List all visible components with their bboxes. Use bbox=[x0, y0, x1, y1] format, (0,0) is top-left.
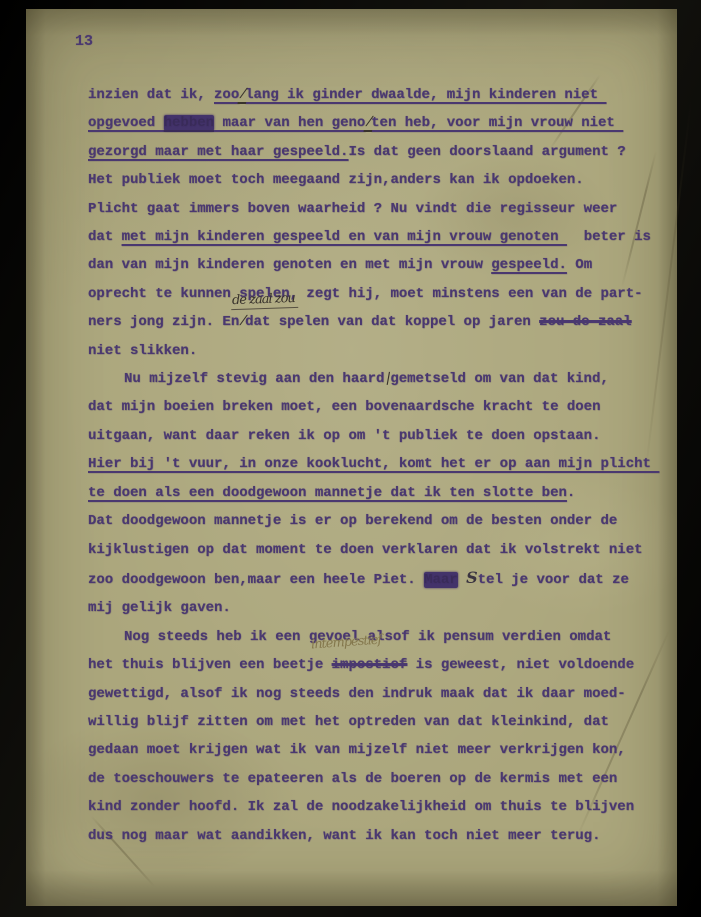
text-segment: gewettigd, alsof ik nog steeds den indru… bbox=[88, 686, 626, 702]
pen-mark: / bbox=[363, 109, 374, 137]
text-segment: gezorgd maar met haar gespeeld. bbox=[88, 144, 348, 160]
text-line: gewettigd, alsof ik nog steeds den indru… bbox=[88, 680, 660, 708]
handwritten-letter: S bbox=[466, 568, 478, 587]
text-line: zoo doodgewoon ben,maar een heele Piet. … bbox=[88, 564, 660, 594]
text-line: kind zonder hoofd. Ik zal de noodzakelij… bbox=[88, 793, 660, 821]
text-segment: beter is bbox=[567, 229, 651, 245]
text-line: dat mijn boeien breken moet, een bovenaa… bbox=[88, 393, 660, 421]
text-segment: kijklustigen op dat moment te doen verkl… bbox=[88, 542, 643, 558]
text-segment: Nu mijzelf stevig aan den haard bbox=[124, 371, 384, 387]
text-segment: dat mijn boeien breken moet, een bovenaa… bbox=[88, 399, 600, 415]
text-segment: maar van hen geno bbox=[214, 115, 365, 131]
text-segment: zoo bbox=[214, 87, 239, 103]
text-segment: hebben bbox=[164, 115, 214, 131]
text-segment: Het publiek moet toch meegaand zijn,ande… bbox=[88, 172, 584, 188]
text-segment: Om bbox=[567, 257, 592, 273]
text-segment: uitgaan, want daar reken ik op om 't pub… bbox=[88, 428, 600, 444]
text-line: dan van mijn kinderen genoten en met mij… bbox=[88, 251, 660, 279]
text-line: kijklustigen op dat moment te doen verkl… bbox=[88, 536, 660, 564]
text-line: Het publiek moet toch meegaand zijn,ande… bbox=[88, 166, 660, 194]
text-line: dat met mijn kinderen gespeeld en van mi… bbox=[88, 223, 660, 251]
text-line: opgevoed hebben maar van hen geno/ten he… bbox=[88, 109, 660, 137]
photo-background: 13 inzien dat ik, zoo/lang ik ginder dwa… bbox=[0, 0, 701, 917]
text-segment: dat bbox=[88, 229, 122, 245]
text-line: gedaan moet krijgen wat ik van mijzelf n… bbox=[88, 736, 660, 764]
text-segment: willig blijf zitten om met het optreden … bbox=[88, 714, 609, 730]
text-line: dus nog maar wat aandikken, want ik kan … bbox=[88, 822, 660, 850]
text-segment: dan van mijn kinderen genoten en met mij… bbox=[88, 257, 491, 273]
text-line: Dat doodgewoon mannetje is er op bereken… bbox=[88, 507, 660, 535]
text-line: te doen als een doodgewoon mannetje dat … bbox=[88, 479, 660, 507]
text-segment: lang ik ginder dwaalde, mijn kinderen ni… bbox=[245, 87, 606, 103]
text-segment: dus nog maar wat aandikken, want ik kan … bbox=[88, 828, 600, 844]
text-segment: Hier bij 't vuur, in onze kooklucht, kom… bbox=[88, 456, 659, 472]
pen-mark: / bbox=[237, 308, 248, 336]
text-segment bbox=[458, 572, 466, 588]
text-segment: tel je voor dat ze bbox=[478, 572, 629, 588]
text-line: mij gelijk gaven. bbox=[88, 594, 660, 622]
typescript-lines: inzien dat ik, zoo/lang ik ginder dwaald… bbox=[88, 81, 660, 850]
text-segment: Maar bbox=[424, 572, 458, 588]
text-segment: gedaan moet krijgen wat ik van mijzelf n… bbox=[88, 742, 626, 758]
text-segment: ten heb, voor mijn vrouw niet bbox=[371, 115, 623, 131]
text-segment: . bbox=[567, 485, 575, 501]
text-line: inzien dat ik, zoo/lang ik ginder dwaald… bbox=[88, 81, 660, 109]
text-line: de toeschouwers te epateeren als de boer… bbox=[88, 765, 660, 793]
text-segment: inzien dat ik, bbox=[88, 87, 214, 103]
text-segment: zou de zaal bbox=[539, 314, 631, 330]
text-segment: dat spelen van dat koppel op jaren bbox=[245, 314, 539, 330]
text-segment: ners jong zijn. En bbox=[88, 314, 239, 330]
text-line: intempestiefhet thuis blijven een beetje… bbox=[88, 651, 660, 679]
text-line: Plicht gaat immers boven waarheid ? Nu v… bbox=[88, 195, 660, 223]
text-line: willig blijf zitten om met het optreden … bbox=[88, 708, 660, 736]
text-segment: impostief bbox=[332, 657, 408, 673]
document-photo: { "colors": { "paper": "#aba67c", "ink":… bbox=[0, 0, 701, 917]
text-segment: zoo doodgewoon ben,maar een heele Piet. bbox=[88, 572, 424, 588]
text-line: Nu mijzelf stevig aan den haard|gemetsel… bbox=[88, 365, 660, 393]
text-segment: Dat doodgewoon mannetje is er op bereken… bbox=[88, 513, 617, 529]
text-segment: is geweest, niet voldoende bbox=[407, 657, 634, 673]
text-segment: te doen als een doodgewoon mannetje dat … bbox=[88, 485, 567, 501]
text-line: niet slikken. bbox=[88, 337, 660, 365]
text-line: gezorgd maar met haar gespeeld.Is dat ge… bbox=[88, 138, 660, 166]
text-segment: oprecht te kunnen spelen, zegt hij, moet… bbox=[88, 286, 643, 302]
pen-mark: | bbox=[382, 365, 393, 393]
paper-sheet: 13 inzien dat ik, zoo/lang ik ginder dwa… bbox=[26, 9, 677, 906]
text-segment: de toeschouwers te epateeren als de boer… bbox=[88, 771, 617, 787]
pen-mark: / bbox=[237, 81, 248, 109]
text-line: oprecht te kunnen spelen, zegt hij, moet… bbox=[88, 280, 660, 308]
text-segment: niet slikken. bbox=[88, 343, 197, 359]
page-number: 13 bbox=[75, 33, 93, 50]
text-line: uitgaan, want daar reken ik op om 't pub… bbox=[88, 422, 660, 450]
text-segment: kind zonder hoofd. Ik zal de noodzakelij… bbox=[88, 799, 634, 815]
text-segment: met mijn kinderen gespeeld en van mijn v… bbox=[122, 229, 567, 245]
text-segment: mij gelijk gaven. bbox=[88, 600, 231, 616]
text-segment: Plicht gaat immers boven waarheid ? Nu v… bbox=[88, 201, 617, 217]
text-segment: gemetseld om van dat kind, bbox=[390, 371, 608, 387]
text-segment: opgevoed bbox=[88, 115, 164, 131]
text-segment: het thuis blijven een beetje bbox=[88, 657, 332, 673]
text-segment: gespeeld. bbox=[491, 257, 567, 273]
text-segment: Is dat geen doorslaand argument ? bbox=[348, 144, 625, 160]
text-line: Hier bij 't vuur, in onze kooklucht, kom… bbox=[88, 450, 660, 478]
text-line: de zaal zouners jong zijn. En/dat spelen… bbox=[88, 308, 660, 336]
